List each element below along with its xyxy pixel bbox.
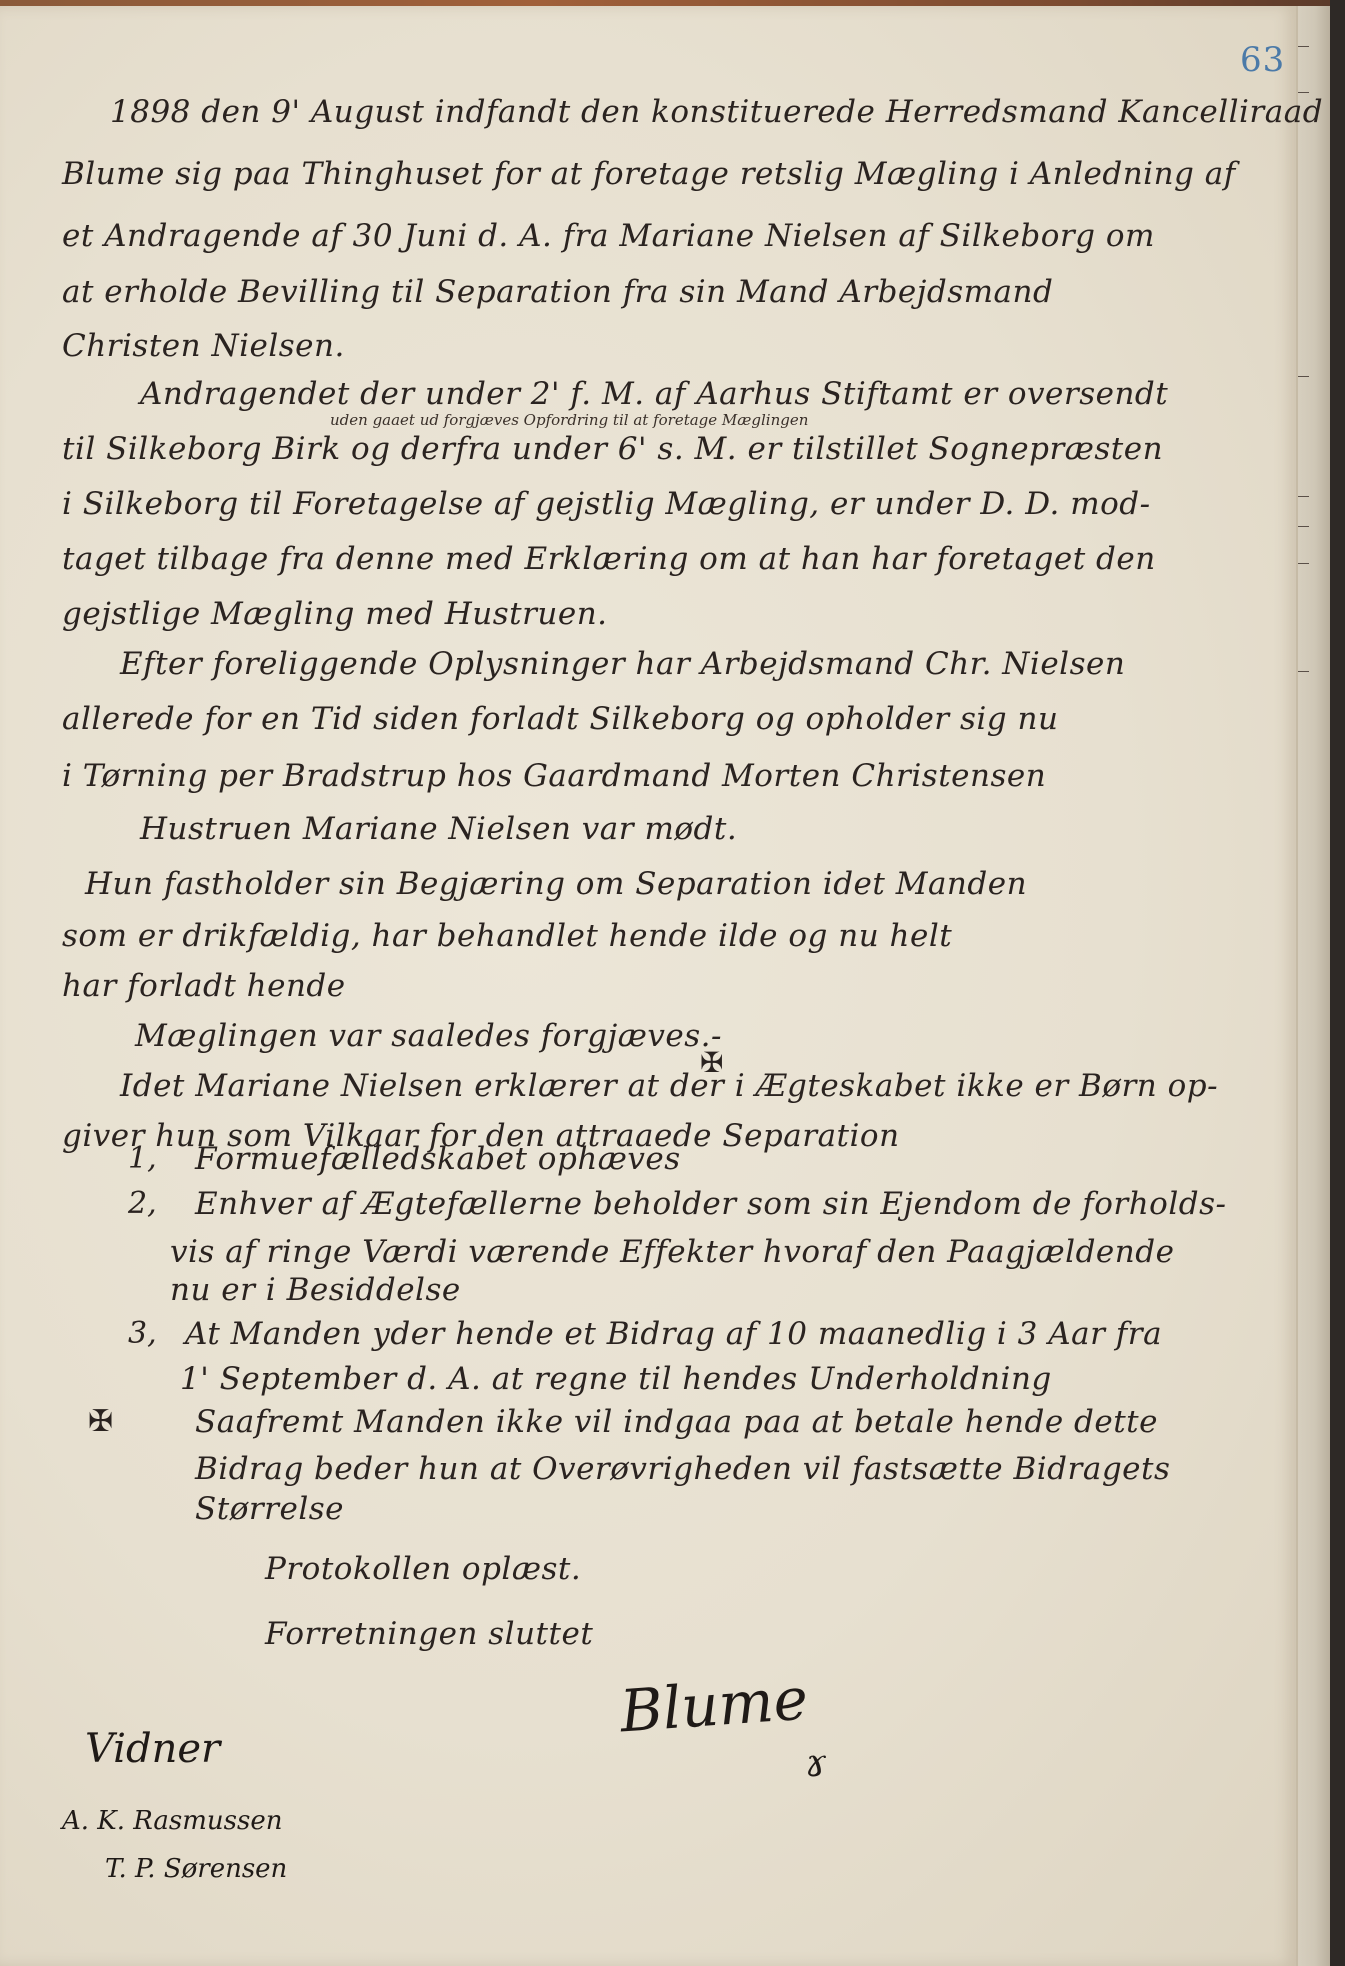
- text-line: i Tørning per Bradstrup hos Gaardmand Mo…: [62, 758, 1046, 794]
- official-signature: Blume: [618, 1665, 810, 1746]
- text-line: 1' September d. A. at regne til hendes U…: [180, 1361, 1052, 1397]
- text-line: vis af ringe Værdi værende Effekter hvor…: [170, 1234, 1174, 1270]
- text-line: Idet Mariane Nielsen erklærer at der i Æ…: [120, 1068, 1218, 1104]
- witness-signature: A. K. Rasmussen: [62, 1806, 283, 1836]
- text-line: Størrelse: [195, 1491, 344, 1527]
- condition-number: 2,: [128, 1186, 157, 1221]
- text-line: i Silkeborg til Foretagelse af gejstlig …: [62, 486, 1151, 522]
- text-line: Mæglingen var saaledes forgjæves.-: [135, 1018, 722, 1054]
- text-line: et Andragende af 30 Juni d. A. fra Maria…: [62, 218, 1155, 254]
- text-line: Hustruen Mariane Nielsen var mødt.: [140, 811, 737, 847]
- text-line: har forladt hende: [62, 968, 346, 1004]
- text-line: 1898 den 9' August indfandt den konstitu…: [110, 94, 1323, 130]
- witnesses-label: Vidner: [85, 1726, 220, 1772]
- condition-number: 3,: [128, 1316, 157, 1351]
- interlinear-insertion: uden gaaet ud forgjæves Opfordring til a…: [330, 411, 808, 429]
- text-line: at erholde Bevilling til Separation fra …: [62, 274, 1053, 310]
- text-line: til Silkeborg Birk og derfra under 6' s.…: [62, 431, 1163, 467]
- text-line: taget tilbage fra denne med Erklæring om…: [62, 541, 1156, 577]
- footnote-mark-icon: ✠: [88, 1404, 113, 1439]
- condition-number: 1,: [128, 1141, 157, 1176]
- text-line: som er drikfældig, har behandlet hende i…: [62, 918, 952, 954]
- text-line: Efter foreliggende Oplysninger har Arbej…: [120, 646, 1125, 682]
- text-line: Hun fastholder sin Begjæring om Separati…: [85, 866, 1027, 902]
- text-line: Saafremt Manden ikke vil indgaa paa at b…: [195, 1404, 1158, 1440]
- text-line: At Manden yder hende et Bidrag af 10 maa…: [185, 1316, 1162, 1352]
- text-line: Christen Nielsen.: [62, 328, 345, 364]
- text-line: Blume sig paa Thinghuset for at foretage…: [62, 156, 1236, 192]
- text-line: Bidrag beder hun at Overøvrigheden vil f…: [195, 1451, 1170, 1487]
- closing-session-note: Forretningen sluttet: [265, 1616, 593, 1652]
- text-line: Formuefælledskabet ophæves: [195, 1141, 681, 1177]
- ledger-page: 63 1898 den 9' August indfandt den konst…: [0, 6, 1298, 1966]
- text-line: Enhver af Ægtefællerne beholder som sin …: [195, 1186, 1227, 1222]
- text-line: nu er i Besiddelse: [170, 1272, 461, 1308]
- closing-read-note: Protokollen oplæst.: [265, 1551, 581, 1587]
- page-number: 63: [1240, 40, 1285, 80]
- text-line: gejstlige Mægling med Hustruen.: [62, 596, 608, 632]
- text-line: allerede for en Tid siden forladt Silkeb…: [62, 701, 1058, 737]
- book-spine-shadow: [1330, 0, 1345, 1966]
- text-line: Andragendet der under 2' f. M. af Aarhus…: [140, 376, 1168, 412]
- signature-flourish: ɤ: [805, 1741, 826, 1785]
- witness-signature: T. P. Sørensen: [105, 1854, 287, 1884]
